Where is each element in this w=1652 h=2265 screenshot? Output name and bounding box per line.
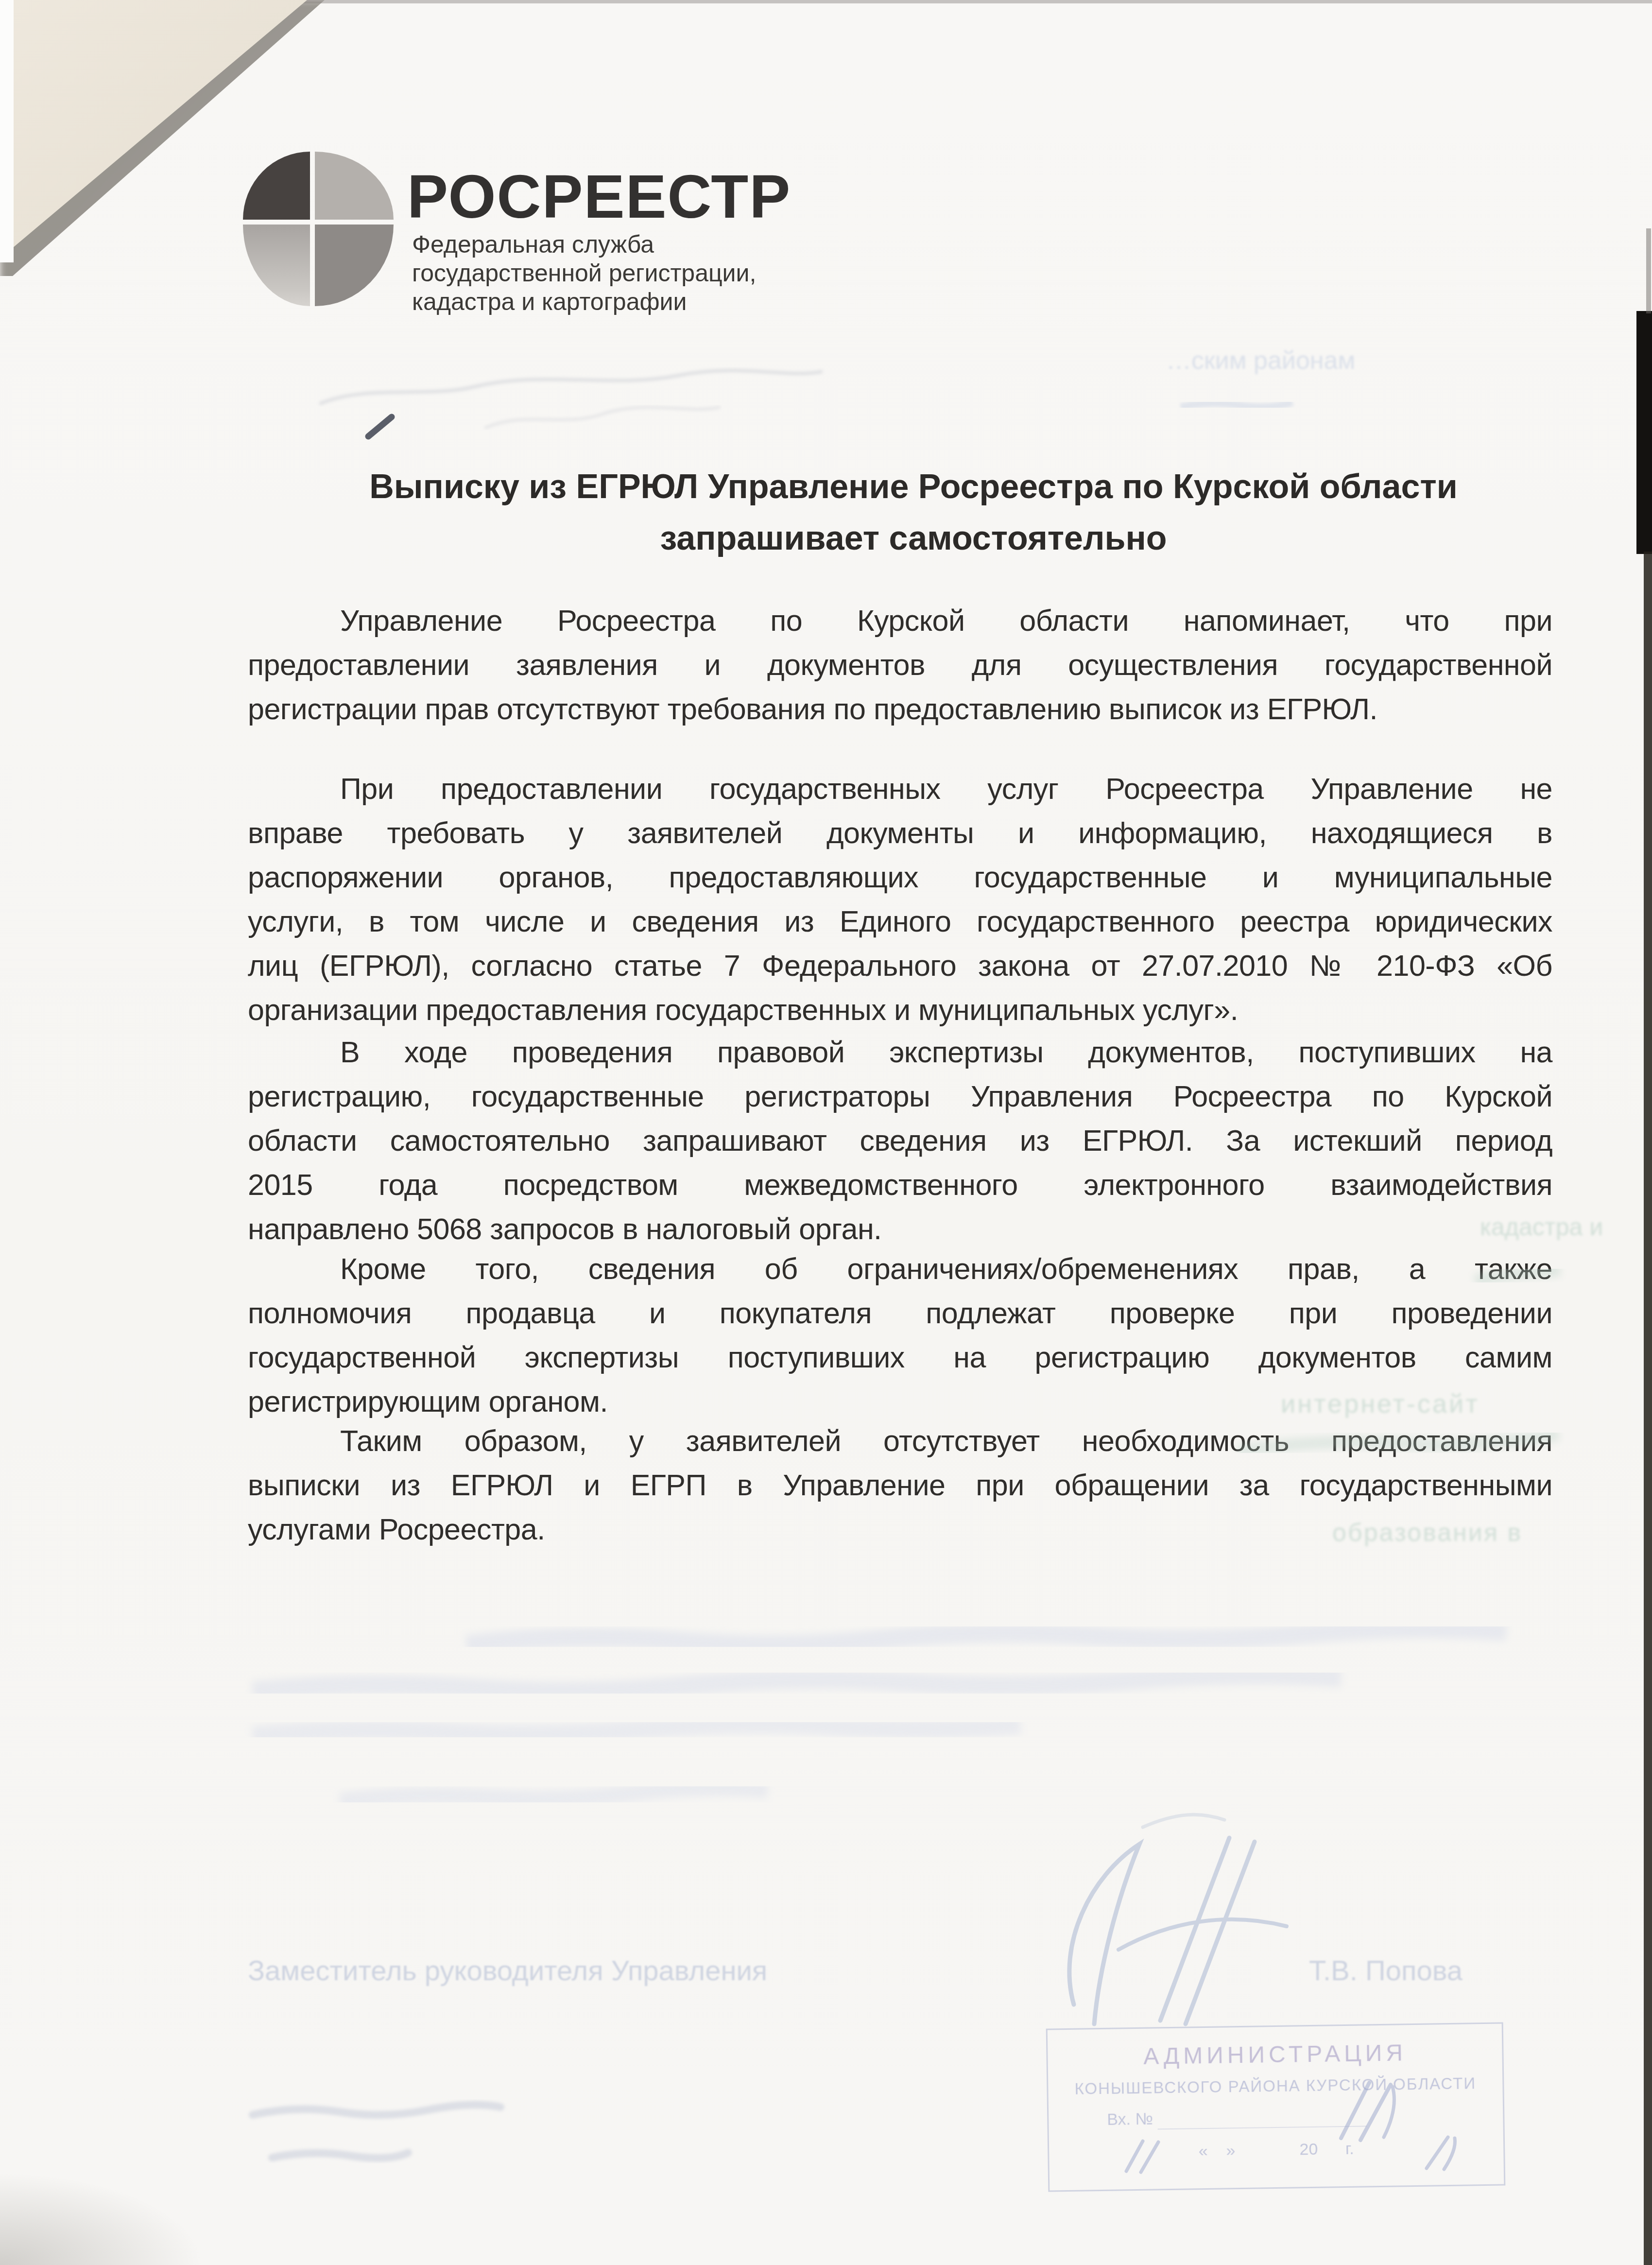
ghost-number-squiggle: [1181, 402, 1292, 407]
executor-info-ghost: [253, 2105, 500, 2158]
handwritten-scrawl-2: [486, 407, 719, 428]
scanned-document-page: РОСРЕЕСТР Федеральная службагосударствен…: [0, 0, 1652, 2265]
ghost-attachment-line: [340, 1788, 768, 1801]
ghost-fragment-squiggle-2: [1238, 1435, 1559, 1451]
handwriting-overlay: [0, 0, 1652, 2265]
ghost-paragraph-line-1: [466, 1628, 1506, 1645]
ghost-fragment-squiggle-1: [1475, 1270, 1560, 1281]
ghost-paragraph-line-3: [253, 1724, 1020, 1736]
ink-tick-mark: [368, 417, 392, 436]
stamp-handwritten-entries: [1126, 2083, 1455, 2172]
handwritten-scrawl: [321, 370, 821, 403]
ghost-paragraph-line-2: [253, 1675, 1341, 1692]
signature-ink: [1069, 1815, 1287, 2024]
